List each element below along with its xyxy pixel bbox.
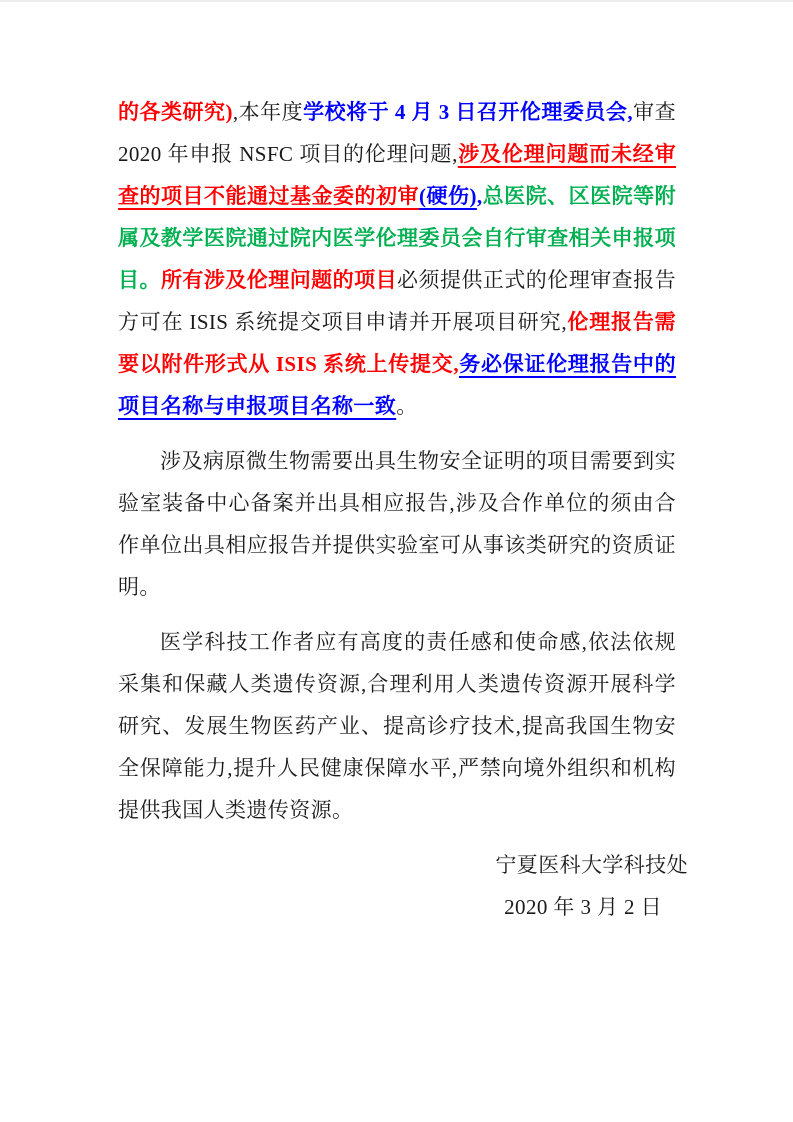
text-segment: ,本年度 [233,100,303,124]
text-segment: 。 [396,394,417,418]
text-segment: 的各类研究) [118,100,233,124]
text-segment: 所有涉及伦理问题的项目 [161,268,397,292]
text-segment: (硬伤) [419,184,477,208]
text-segment: 医学科技工作者应有高度的责任感和使命感,依法依规采集和保藏人类遗传资源,合理利用… [118,630,676,822]
document-page: 的各类研究),本年度学校将于 4 月 3 日召开伦理委员会,审查 2020 年申… [0,0,793,1122]
paragraph-ethics-review: 的各类研究),本年度学校将于 4 月 3 日召开伦理委员会,审查 2020 年申… [118,91,676,427]
text-segment: 学校将于 4 月 3 日召开伦理委员会, [303,100,633,124]
text-segment: 涉及病原微生物需要出具生物安全证明的项目需要到实验室装备中心备案并出具相应报告,… [118,449,676,599]
signature-block: 宁夏医科大学科技处 2020 年 3 月 2 日 [118,844,676,928]
document-body: 的各类研究),本年度学校将于 4 月 3 日召开伦理委员会,审查 2020 年申… [118,91,676,831]
paragraph-biosafety: 涉及病原微生物需要出具生物安全证明的项目需要到实验室装备中心备案并出具相应报告,… [118,440,676,608]
signature-date: 2020 年 3 月 2 日 [118,886,662,928]
paragraph-genetic-resources: 医学科技工作者应有高度的责任感和使命感,依法依规采集和保藏人类遗传资源,合理利用… [118,621,676,831]
signature-issuer: 宁夏医科大学科技处 [118,844,688,886]
page-top-edge [0,0,793,2]
